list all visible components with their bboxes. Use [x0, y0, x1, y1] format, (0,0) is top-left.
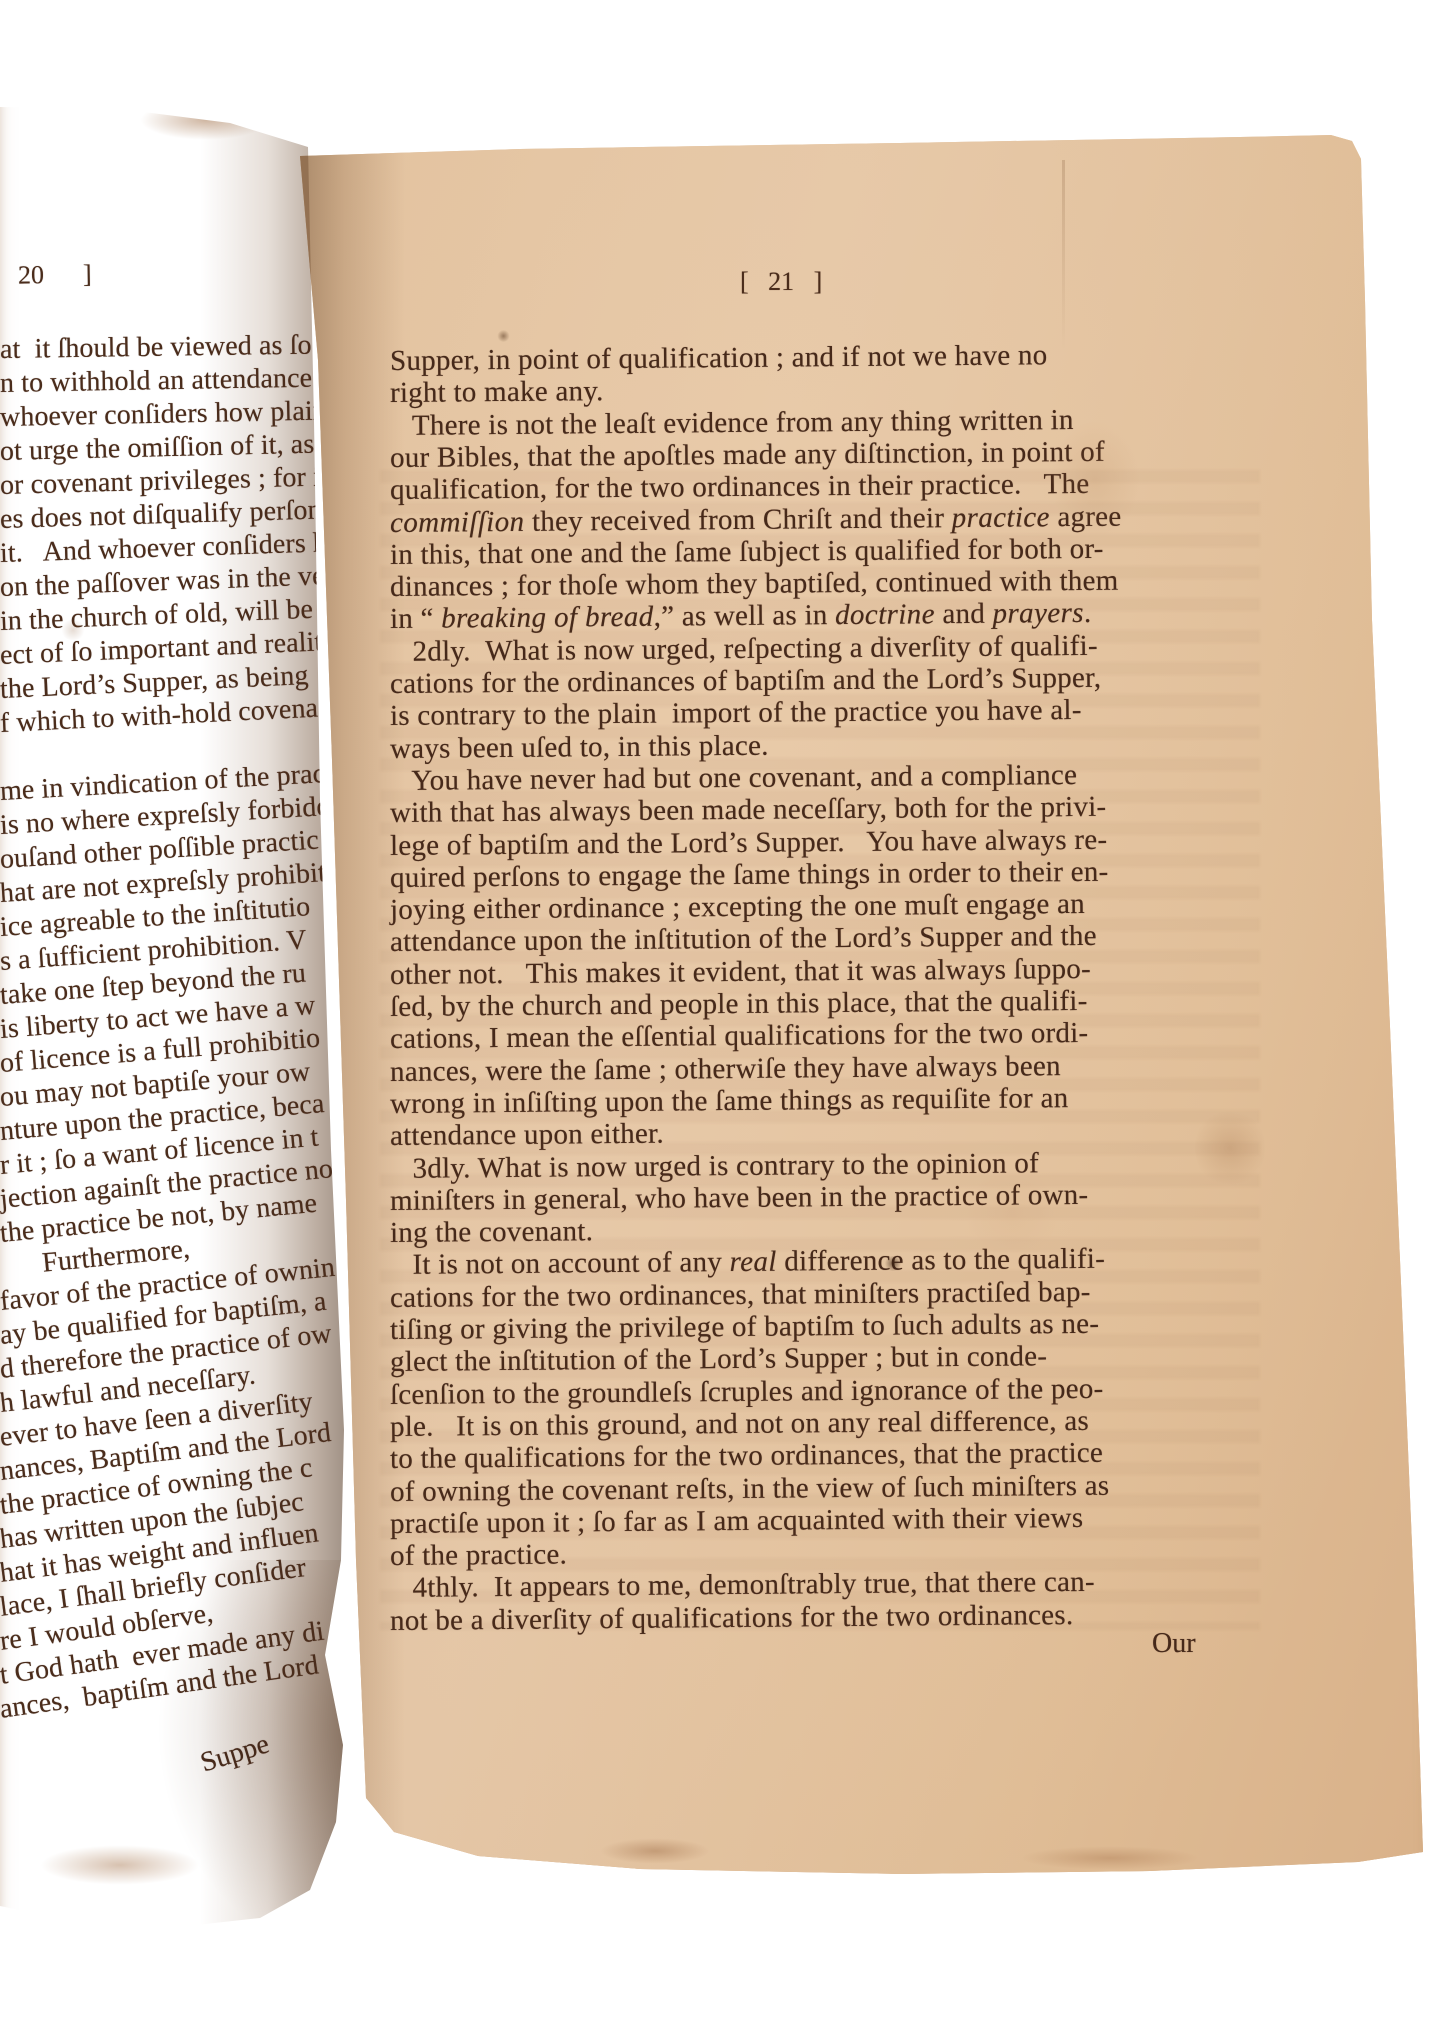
text-line: n to withhold an attendance up: [0, 362, 348, 400]
show-through-ghost-text: [380, 470, 1260, 1630]
right-page-catchword: Our: [1152, 1628, 1196, 1660]
text-line: Supper, in point of qualification ; and …: [390, 339, 1048, 378]
edge-stain: [600, 1838, 710, 1864]
left-page-number: 20 ]: [18, 259, 92, 290]
page-crease: [1062, 160, 1065, 350]
ink-spot: [497, 330, 510, 342]
text-line: at it ſhould be viewed as ſo in: [0, 329, 341, 366]
right-page-number: [ 21 ]: [740, 267, 822, 297]
book-photo: [ 21 ] Supper, in point of qualification…: [0, 0, 1445, 2023]
edge-stain: [1020, 1846, 1200, 1870]
text-line: right to make any.: [390, 375, 604, 410]
